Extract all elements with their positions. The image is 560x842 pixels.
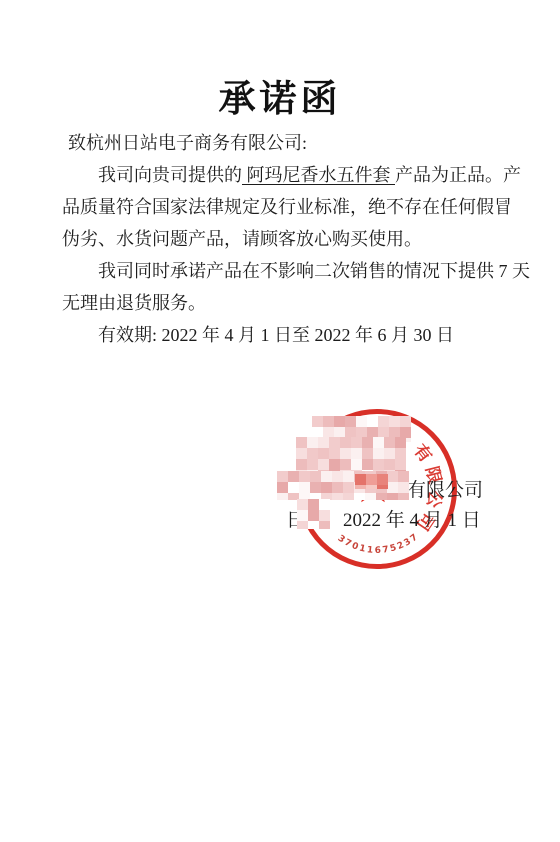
product-name-underlined: 阿玛尼香水五件套 — [242, 165, 395, 185]
redaction-mosaic — [297, 499, 337, 529]
validity-line: 有效期: 2022 年 4 月 1 日至 2022 年 6 月 30 日 — [62, 319, 514, 351]
signature-date: 2022 年 4 月 1 日 — [343, 505, 481, 532]
para1-line2: 品质量符合国家法律规定及行业标准，绝不存在任何假冒 — [62, 191, 514, 223]
para2-line1: 我司同时承诺产品在不影响二次销售的情况下提供 7 天 — [62, 255, 514, 287]
para1-line3: 伪劣、水货问题产品，请顾客放心购买使用。 — [62, 223, 514, 255]
para1-line1: 我司向贵司提供的 阿玛尼香水五件套 产品为正品。产 — [62, 159, 514, 191]
para1-line1-post: 产品为正品。产 — [395, 165, 521, 185]
signature-company-suffix: 有限公司 — [407, 475, 483, 502]
redaction-mosaic — [355, 474, 393, 489]
page-title: 承诺函 — [0, 68, 560, 122]
para2-line2: 无理由退货服务。 — [62, 287, 514, 319]
document-page: 承诺函 致杭州日站电子商务有限公司: 我司向贵司提供的 阿玛尼香水五件套 产品为… — [0, 0, 560, 842]
para1-line1-pre: 我司向贵司提供的 — [98, 165, 242, 185]
greeting-line: 致杭州日站电子商务有限公司: — [62, 127, 514, 159]
letter-body: 致杭州日站电子商务有限公司: 我司向贵司提供的 阿玛尼香水五件套 产品为正品。产… — [62, 127, 514, 351]
redaction-mosaic — [296, 437, 414, 471]
